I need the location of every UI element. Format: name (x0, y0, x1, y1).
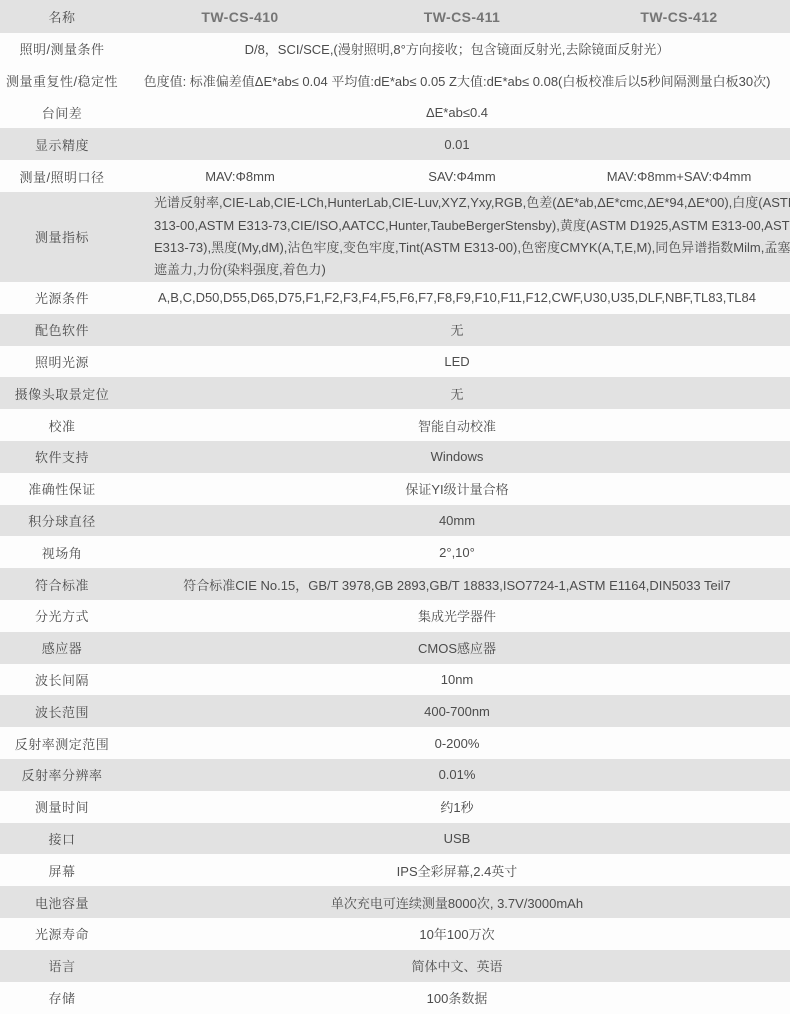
row-label: 反射率分辨率 (0, 765, 124, 784)
table-row: 光源寿命10年100万次 (0, 918, 790, 950)
table-row: 测量/照明口径MAV:Φ8mmSAV:Φ4mmMAV:Φ8mm+SAV:Φ4mm (0, 160, 790, 192)
row-label: 存储 (0, 988, 124, 1007)
row-value: ΔE*ab≤0.4 (124, 105, 790, 120)
row-value: 简体中文、英语 (124, 956, 790, 975)
row-value-multiline: 光谱反射率,CIE-Lab,CIE-LCh,HunterLab,CIE-Luv,… (124, 192, 790, 282)
header-name-label: 名称 (0, 7, 124, 26)
table-row: 配色软件无 (0, 314, 790, 346)
row-value: 无 (124, 320, 790, 339)
row-value: USB (124, 831, 790, 846)
table-row: 波长间隔10nm (0, 664, 790, 696)
table-header-row: 名称 TW-CS-410 TW-CS-411 TW-CS-412 (0, 0, 790, 33)
row-value: 0-200% (124, 736, 790, 751)
row-value-line: E313-73),黑度(My,dM),沾色牢度,变色牢度,Tint(ASTM E… (154, 237, 784, 259)
row-label: 测量/照明口径 (0, 167, 124, 186)
row-value: 集成光学器件 (124, 606, 790, 625)
row-value: CMOS感应器 (124, 638, 790, 657)
row-label: 照明/测量条件 (0, 39, 124, 58)
row-label: 测量时间 (0, 797, 124, 816)
row-label: 台间差 (0, 103, 124, 122)
row-label: 测量指标 (0, 227, 124, 246)
row-label: 符合标准 (0, 575, 124, 594)
model-name-1: TW-CS-410 (124, 9, 356, 25)
table-row: 分光方式集成光学器件 (0, 600, 790, 632)
table-row: 存储100条数据 (0, 982, 790, 1014)
row-label: 校准 (0, 416, 124, 435)
row-value-line: 遮盖力,力份(染料强度,着色力) (154, 259, 784, 281)
row-value: 400-700nm (124, 704, 790, 719)
table-row: 符合标准符合标准CIE No.15，GB/T 3978,GB 2893,GB/T… (0, 568, 790, 600)
table-row: 波长范围400-700nm (0, 695, 790, 727)
row-label: 显示精度 (0, 135, 124, 154)
row-value: 10年100万次 (124, 924, 790, 943)
row-value: 智能自动校准 (124, 416, 790, 435)
row-label: 测量重复性/稳定性 (0, 71, 124, 90)
row-value: 色度值: 标准偏差值ΔE*ab≤ 0.04 平均值:dE*ab≤ 0.05 Z大… (124, 71, 790, 90)
table-row: 积分球直径40mm (0, 505, 790, 537)
row-label: 视场角 (0, 543, 124, 562)
row-label: 波长范围 (0, 702, 124, 721)
table-row: 台间差ΔE*ab≤0.4 (0, 97, 790, 129)
row-value: 40mm (124, 513, 790, 528)
table-row: 测量重复性/稳定性色度值: 标准偏差值ΔE*ab≤ 0.04 平均值:dE*ab… (0, 65, 790, 97)
row-value: 符合标准CIE No.15，GB/T 3978,GB 2893,GB/T 188… (124, 575, 790, 594)
row-value: 无 (124, 384, 790, 403)
row-label: 照明光源 (0, 352, 124, 371)
row-label: 屏幕 (0, 861, 124, 880)
model-name-3: TW-CS-412 (568, 9, 790, 25)
row-value: 保证YI级计量合格 (124, 479, 790, 498)
table-row: 反射率测定范围0-200% (0, 727, 790, 759)
table-row: 软件支持Windows (0, 441, 790, 473)
table-row: 光源条件A,B,C,D50,D55,D65,D75,F1,F2,F3,F4,F5… (0, 282, 790, 314)
table-row: 语言简体中文、英语 (0, 950, 790, 982)
row-label: 配色软件 (0, 320, 124, 339)
row-label: 分光方式 (0, 606, 124, 625)
row-value: A,B,C,D50,D55,D65,D75,F1,F2,F3,F4,F5,F6,… (124, 290, 790, 305)
row-label: 反射率测定范围 (0, 734, 124, 753)
table-row: 准确性保证保证YI级计量合格 (0, 473, 790, 505)
row-label: 语言 (0, 956, 124, 975)
row-value: 单次充电可连续测量8000次, 3.7V/3000mAh (124, 893, 790, 912)
row-value-line: 313-00,ASTM E313-73,CIE/ISO,AATCC,Hunter… (154, 215, 784, 237)
row-value: 10nm (124, 672, 790, 687)
row-label: 感应器 (0, 638, 124, 657)
row-value: D/8，SCI/SCE,(漫射照明,8°方向接收；包含镜面反射光,去除镜面反射光… (124, 39, 790, 58)
row-label: 光源条件 (0, 288, 124, 307)
spec-table: 名称 TW-CS-410 TW-CS-411 TW-CS-412 照明/测量条件… (0, 0, 790, 1013)
row-value-col1: MAV:Φ8mm (124, 169, 356, 184)
row-label: 波长间隔 (0, 670, 124, 689)
row-value-col3: MAV:Φ8mm+SAV:Φ4mm (568, 169, 790, 184)
row-label: 电池容量 (0, 893, 124, 912)
row-label: 准确性保证 (0, 479, 124, 498)
table-row: 反射率分辨率0.01% (0, 759, 790, 791)
table-row: 感应器CMOS感应器 (0, 632, 790, 664)
row-value: 约1秒 (124, 797, 790, 816)
row-value: 0.01 (124, 137, 790, 152)
row-value: IPS全彩屏幕,2.4英寸 (124, 861, 790, 880)
table-row: 照明/测量条件D/8，SCI/SCE,(漫射照明,8°方向接收；包含镜面反射光,… (0, 33, 790, 65)
table-row: 屏幕IPS全彩屏幕,2.4英寸 (0, 854, 790, 886)
table-row: 电池容量单次充电可连续测量8000次, 3.7V/3000mAh (0, 886, 790, 918)
row-value-col2: SAV:Φ4mm (356, 169, 568, 184)
row-value: 100条数据 (124, 988, 790, 1007)
row-label: 积分球直径 (0, 511, 124, 530)
row-value: 0.01% (124, 767, 790, 782)
table-row: 校准智能自动校准 (0, 409, 790, 441)
table-row: 测量指标光谱反射率,CIE-Lab,CIE-LCh,HunterLab,CIE-… (0, 192, 790, 282)
row-value-line: 光谱反射率,CIE-Lab,CIE-LCh,HunterLab,CIE-Luv,… (154, 192, 784, 214)
table-row: 视场角2°,10° (0, 536, 790, 568)
row-value: LED (124, 354, 790, 369)
row-label: 软件支持 (0, 447, 124, 466)
row-label: 接口 (0, 829, 124, 848)
table-row: 测量时间约1秒 (0, 791, 790, 823)
table-row: 显示精度0.01 (0, 128, 790, 160)
table-row: 摄像头取景定位无 (0, 377, 790, 409)
row-label: 光源寿命 (0, 924, 124, 943)
row-value: 2°,10° (124, 545, 790, 560)
table-row: 接口USB (0, 823, 790, 855)
model-name-2: TW-CS-411 (356, 9, 568, 25)
table-row: 照明光源LED (0, 346, 790, 378)
row-value: Windows (124, 449, 790, 464)
row-label: 摄像头取景定位 (0, 384, 124, 403)
